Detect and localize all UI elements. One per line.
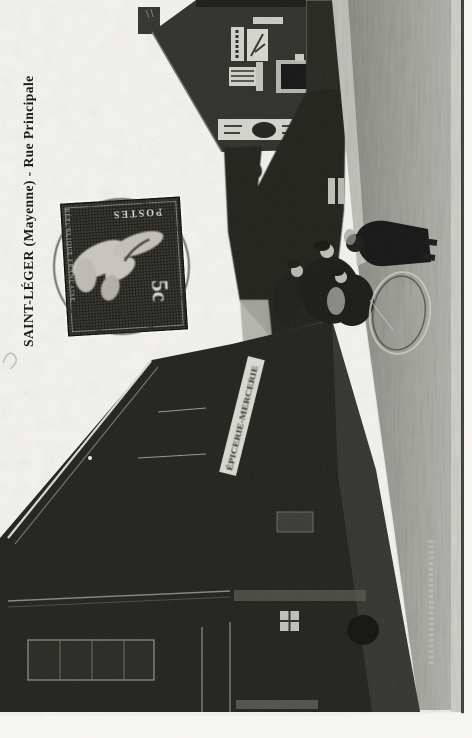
street-photo: ÉPICERIE-MERCERIE xyxy=(0,0,472,738)
postcard: ÉPICERIE-MERCERIE xyxy=(0,0,472,738)
postcard-title: SAINT-LÉGER (Mayenne) - Rue Principale xyxy=(21,75,41,347)
